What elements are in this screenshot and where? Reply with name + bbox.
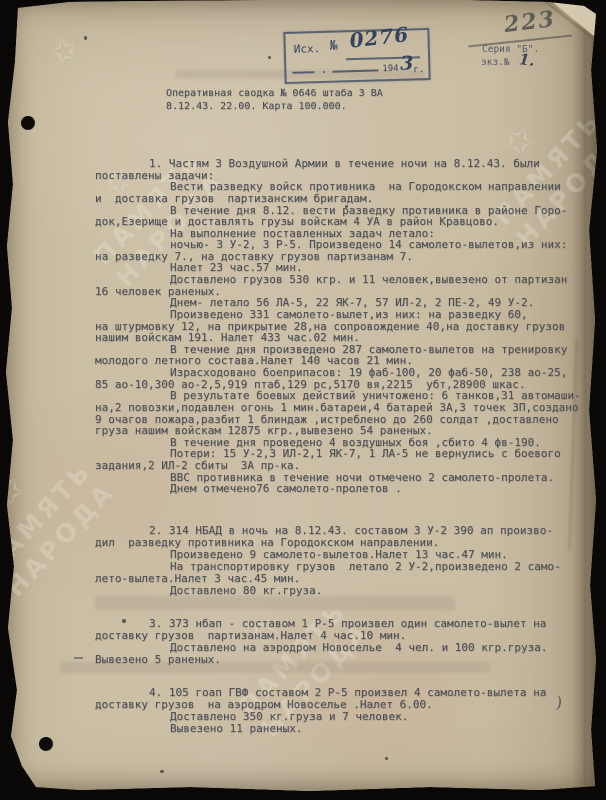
ink-speck <box>268 56 271 59</box>
ink-smudge <box>95 596 455 610</box>
handwritten-paren: ) <box>555 693 564 713</box>
text-line: Налет 23 час.57 мин. <box>170 262 302 273</box>
text-line: 2. 314 НБАД в ночь на 8.12.43. составом … <box>149 525 553 536</box>
text-line: на,2 повозки,подавлен огонь 1 мин.батаре… <box>95 402 578 413</box>
stamp-label: Исх. <box>294 42 321 56</box>
text-line: молодого летного состава.Налет 140 часов… <box>95 355 413 366</box>
text-line: Доставлено на аэродром Новоселье 4 чел. … <box>170 642 548 653</box>
crease-line <box>584 0 586 800</box>
stamp-dot: . <box>320 63 327 76</box>
text-line: На транспортировку грузов летало 2 У-2,п… <box>170 561 561 572</box>
text-line: 3. 373 нбап - составом 1 Р-5 произвел од… <box>149 618 546 629</box>
copy-number-handwritten: 1. <box>518 50 535 70</box>
text-line: Произведено 331 самолето-вылет,из них: н… <box>170 309 528 320</box>
text-line: Вести разведку войск противника на Город… <box>170 181 561 192</box>
text-line: док,Езерище и доставлять грузы войскам 4… <box>95 216 499 227</box>
text-line: Вывезено 11 раненых. <box>170 723 302 734</box>
star-icon: ✩ <box>47 31 82 72</box>
copy-label: экз.№ <box>481 57 510 68</box>
text-line: груза нашим войскам 12875 кгр.,вывезено … <box>95 425 433 436</box>
text-line: Произведено 9 самолето-вылетов.Налет 13 … <box>170 549 508 560</box>
ink-speck <box>160 770 164 773</box>
text-line: 4. 105 гоап ГВФ составом 2 Р-5 произвел … <box>149 687 546 698</box>
scanned-document: { "corner_note": { "page_number": "223" … <box>0 0 606 800</box>
text-line: Израсходовано боеприпасов: 19 фаб-100, 2… <box>170 367 567 378</box>
text-line: В результате боевых действий уничтожено:… <box>170 390 581 401</box>
text-line: и доставка грузов партизанским бригадам. <box>95 193 373 204</box>
punch-hole <box>21 116 35 130</box>
text-line: Доставлено 80 кг.груза. <box>170 585 322 596</box>
stamp-number-sign: № <box>330 39 338 54</box>
text-line: Днем- летало 56 ЛА-5, 22 ЯК-7, 57 ИЛ-2, … <box>170 297 534 308</box>
text-line: Днем отмечено76 самолето-пролетов . <box>170 483 402 494</box>
ink-speck <box>84 36 87 40</box>
text-line: Доставлено 350 кг.груза и 7 человек. <box>170 711 408 722</box>
page-number-handwritten: 223 <box>503 6 558 38</box>
outgoing-number-stamp: Исх. № 0276 . 194 3 г. <box>283 28 430 84</box>
text-line: доставку грузов партизанам.Налет 4 час.1… <box>95 630 406 641</box>
text-line: Доставлено грузов 530 кгр. и 11 человек,… <box>170 274 567 285</box>
text-line: задания,2 ИЛ-2 сбиты ЗА пр-ка. <box>95 460 300 471</box>
text-line: доставку грузов на аэродром Новоселье .Н… <box>95 699 433 710</box>
ink-speck <box>345 205 348 208</box>
document-title-line1: Оперативная сводка № 0646 штаба 3 ВА <box>166 88 383 99</box>
watermark-word: ПАМЯТЬ <box>0 455 98 582</box>
document-title-line2: 8.12.43. 22.00. Карта 100.000. <box>166 101 347 112</box>
stamp-year-printed: 194 <box>382 64 399 74</box>
text-line: Вывезено 5 раненых. <box>95 654 221 665</box>
stamp-year-handwritten: 3 <box>400 52 414 74</box>
text-line: 1. Частям 3 Воздушной Армии в течение но… <box>149 158 540 169</box>
text-line: Потери: 15 У-2,3 ИЛ-2,1 ЯК-7, 1 ЛА-5 не … <box>170 448 561 459</box>
text-line: ночью- 3 У-2, 3 Р-5. Произведено 14 само… <box>170 239 567 250</box>
stamp-blank-line <box>332 69 378 72</box>
ink-speck <box>385 757 388 760</box>
pencil-dash <box>74 657 83 659</box>
document-page: ✩ ПАМЯТЬ НАРОДА ✩ ПАМЯТЬ НАРОДА ✩ ПАМЯТЬ… <box>0 0 606 800</box>
text-line: дил разведку противника на Городокском н… <box>95 537 439 548</box>
page-curl-shadow <box>572 0 606 800</box>
text-line: лето-вылета.Налет 3 час.45 мин. <box>95 573 300 584</box>
stamp-blank-line <box>292 71 314 73</box>
stamp-number-handwritten: 0276 <box>348 22 410 53</box>
stamp-year-suffix: г. <box>413 65 424 75</box>
text-line: нашим войскам 191. Налет 433 час.02 мин. <box>95 332 360 343</box>
ink-dot <box>122 619 126 623</box>
punch-hole <box>39 737 53 751</box>
star-icon: ✩ <box>0 467 34 517</box>
